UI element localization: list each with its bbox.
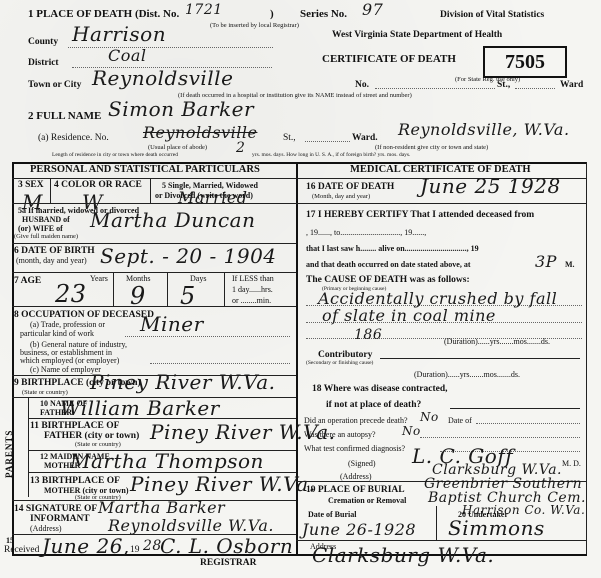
father-bp-label-3: (State or country) [75, 441, 121, 448]
informant-signature: Martha Barker [98, 498, 225, 517]
cause-line-2: of slate in coal mine [322, 306, 496, 325]
received-year-prefix: 19 [130, 545, 140, 555]
occurred-label: and that death occurred on date stated a… [306, 260, 471, 269]
county-value: Harrison [72, 22, 166, 46]
death-date-value: June 25 1928 [420, 174, 561, 198]
certify-label: 17 I HEREBY CERTIFY That I attended dece… [306, 210, 534, 220]
where-contracted-label-1: 18 Where was disease contracted, [312, 384, 448, 394]
m-label: M. [565, 260, 575, 269]
residence-label: (a) Residence. No. [38, 133, 109, 143]
residence-ward-label: Ward. [352, 133, 378, 143]
spouse-label-3: (or) WIFE of [18, 224, 63, 233]
burial-label-1: 19 PLACE OF BURIAL [306, 485, 405, 495]
signed-label: (Signed) [348, 459, 376, 468]
state-reg-note: (For State Reg. use only) [455, 76, 520, 83]
dist-no: 1721 [185, 2, 223, 18]
series-label: Series No. [300, 8, 347, 20]
last-saw-label: that I last saw h........ alive on......… [306, 244, 479, 253]
length-units: yrs. mos. days. How long in U. S. A., if… [252, 152, 410, 158]
district-value: Coal [108, 46, 147, 65]
ward-label: Ward [560, 80, 583, 90]
death-certificate: 1 PLACE OF DEATH (Dist. No. 1721 ) (To b… [0, 0, 601, 578]
md-label: M. D. [562, 459, 581, 468]
length-years: 2 [236, 140, 245, 156]
dob-label-1: 6 DATE OF BIRTH [14, 246, 95, 256]
occurred-time: 3P [535, 252, 557, 271]
physician-address-label: (Address) [340, 472, 372, 481]
undertaker-address: Clarksburg W.Va. [312, 543, 494, 567]
father-bp-label-1: 11 BIRTHPLACE OF [30, 421, 119, 431]
occupation-value: Miner [140, 312, 204, 336]
age-years-label: Years [90, 274, 108, 283]
marital-value: Married [178, 188, 248, 207]
contributory-label: Contributory [318, 350, 372, 360]
death-date-label-2: (Month, day and year) [312, 193, 370, 200]
state-reg-number: 7505 [483, 46, 567, 78]
occupation-label: 8 OCCUPATION OF DECEASED [14, 310, 154, 320]
informant-label-1: 14 SIGNATURE OF [14, 504, 97, 514]
town-value: Reynoldsville [92, 66, 233, 90]
inserted-note: (To be inserted by local Registrar) [210, 22, 299, 29]
mother-value: Martha Thompson [70, 449, 264, 473]
informant-address: Reynoldsville W.Va. [108, 516, 274, 535]
received-date: June 26, [42, 534, 130, 558]
undertaker-value: Simmons [448, 516, 545, 540]
registrar-signature: C. L. Osborn [160, 534, 293, 558]
attended-from-line: , 19......, to..........................… [306, 228, 426, 237]
operation-value: No [420, 410, 439, 424]
operation-date-label: Date of [448, 416, 472, 425]
occ-a-1: (a) Trade, profession or [30, 320, 105, 329]
received-year: 28 [143, 538, 162, 554]
less-than-2: 1 day......hrs. [232, 285, 273, 294]
age-years-value: 23 [55, 280, 87, 308]
test-label: What test confirmed diagnosis? [304, 444, 405, 453]
registrar-label: REGISTRAR [200, 558, 257, 568]
personal-section-title: PERSONAL AND STATISTICAL PARTICULARS [30, 164, 260, 175]
spouse-label-2: HUSBAND of [22, 215, 70, 224]
informant-label-3: (Address) [30, 524, 62, 533]
cause-duration: (Duration)......yrs.......mos.......ds. [444, 337, 550, 346]
residence-ward-value: Reynoldsville, W.Va. [398, 120, 570, 139]
informant-label-2: INFORMANT [30, 514, 90, 524]
contributory-duration: (Duration)......yrs.......mos.......ds. [414, 370, 520, 379]
color-label: 4 COLOR OR RACE [54, 180, 142, 190]
burial-date-value: June 26-1928 [302, 520, 416, 539]
father-value: William Barker [60, 396, 220, 420]
certificate-title: CERTIFICATE OF DEATH [322, 53, 456, 65]
full-name-label: 2 FULL NAME [28, 110, 101, 122]
cause-line-3: 186 [354, 327, 382, 343]
age-label: 7 AGE [14, 276, 41, 286]
received-label-2: Received [4, 545, 39, 555]
place-of-death-label: 1 PLACE OF DEATH (Dist. No. [28, 8, 179, 20]
street-no-label: No. [355, 80, 369, 90]
contributory-sub: (Secondary or finishing cause) [306, 360, 373, 366]
less-than-1: If LESS than [232, 274, 274, 283]
spouse-label-4: (Give full maiden name) [14, 233, 78, 240]
full-name-value: Simon Barker [108, 97, 254, 121]
less-than-3: or ........min. [232, 296, 271, 305]
burial-date-label: Date of Burial [308, 510, 356, 519]
county-label: County [28, 37, 58, 47]
residence-st-label: St., [283, 133, 296, 143]
division-title: Division of Vital Statistics [440, 10, 544, 20]
death-date-label-1: 16 DATE OF DEATH [306, 182, 394, 192]
dob-label-2: (month, day and year) [16, 256, 87, 265]
operation-label: Did an operation precede death? [304, 416, 408, 425]
birthplace-label-2: (State or country) [22, 389, 68, 396]
where-contracted-label-2: if not at place of death? [326, 400, 421, 410]
spouse-value: Martha Duncan [90, 208, 255, 232]
cause-label: The CAUSE OF DEATH was as follows: [306, 275, 470, 285]
street-label: St., [497, 80, 510, 90]
series-no: 97 [362, 0, 383, 19]
autopsy-value: No [402, 424, 421, 438]
burial-label-2: Cremation or Removal [328, 496, 406, 505]
father-bp-label-2: FATHER (city or town) [44, 431, 139, 441]
department-title: West Virginia State Department of Health [332, 30, 502, 40]
received-label-1: 15 [6, 536, 14, 545]
parents-label: PARENTS [4, 430, 14, 478]
autopsy-label: Was there an autopsy? [304, 430, 376, 439]
district-label: District [28, 58, 59, 68]
nonresident-note: (If non-resident give city or town and s… [375, 144, 488, 151]
usual-place-note: (Usual place of abode) [148, 144, 207, 151]
occ-b-3: which employed (or employer) [20, 356, 119, 365]
dob-value: Sept. - 20 - 1904 [100, 244, 277, 268]
town-label: Town or City [28, 80, 81, 90]
mother-bp-value: Piney River W.Va. [130, 472, 316, 496]
mother-bp-label-1: 13 BIRTHPLACE OF [30, 476, 120, 486]
length-of-residence-label: Length of residence in city or town wher… [52, 152, 178, 158]
occ-a-2: particular kind of work [20, 329, 94, 338]
birthplace-value: Piney River W.Va. [90, 370, 276, 394]
sex-label: 3 SEX [18, 180, 44, 190]
